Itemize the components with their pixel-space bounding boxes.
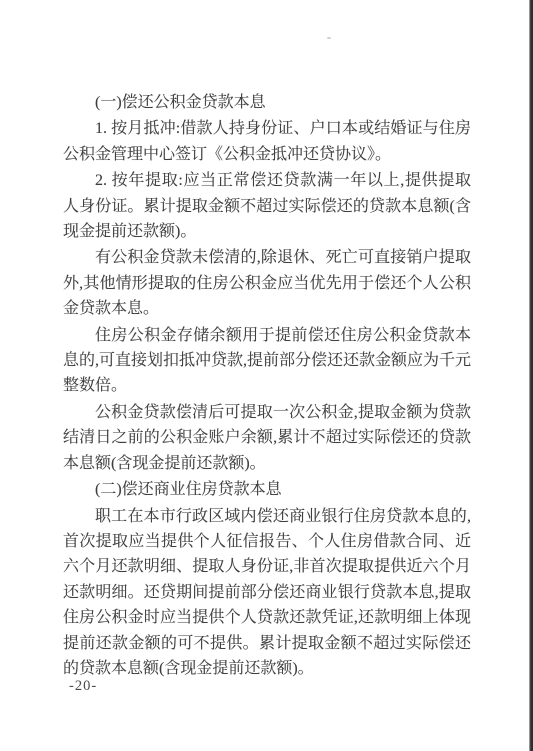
page-number: -20-	[69, 678, 97, 695]
paragraph-balance-prepayment: 住房公积金存储余额用于提前偿还住房公积金贷款本息的,可直接划扣抵冲贷款,提前部分…	[63, 323, 471, 399]
paragraph-commercial-loan: 职工在本市行政区域内偿还商业银行住房贷款本息的,首次提取应当提供个人征信报告、个…	[63, 504, 471, 682]
section-1-heading: (一)偿还公积金贷款本息	[63, 90, 471, 115]
paragraph-outstanding-loan-priority: 有公积金贷款未偿清的,除退休、死亡可直接销户提取外,其他情形提取的住房公积金应当…	[63, 245, 471, 321]
paragraph-annual-withdrawal: 2. 按年提取:应当正常偿还贷款满一年以上,提供提取人身份证。累计提取金额不超过…	[63, 168, 471, 244]
section-2-heading: (二)偿还商业住房贷款本息	[63, 477, 471, 502]
paragraph-monthly-offset: 1. 按月抵冲:借款人持身份证、户口本或结婚证与住房公积金管理中心签订《公积金抵…	[63, 116, 471, 167]
document-body: (一)偿还公积金贷款本息 1. 按月抵冲:借款人持身份证、户口本或结婚证与住房公…	[63, 90, 471, 682]
scanned-document-page: (一)偿还公积金贷款本息 1. 按月抵冲:借款人持身份证、户口本或结婚证与住房公…	[0, 0, 533, 751]
scan-edge-right	[529, 0, 533, 751]
scan-speck	[327, 37, 331, 39]
paragraph-after-settlement-withdrawal: 公积金贷款偿清后可提取一次公积金,提取金额为贷款结清日之前的公积金账户余额,累计…	[63, 400, 471, 476]
